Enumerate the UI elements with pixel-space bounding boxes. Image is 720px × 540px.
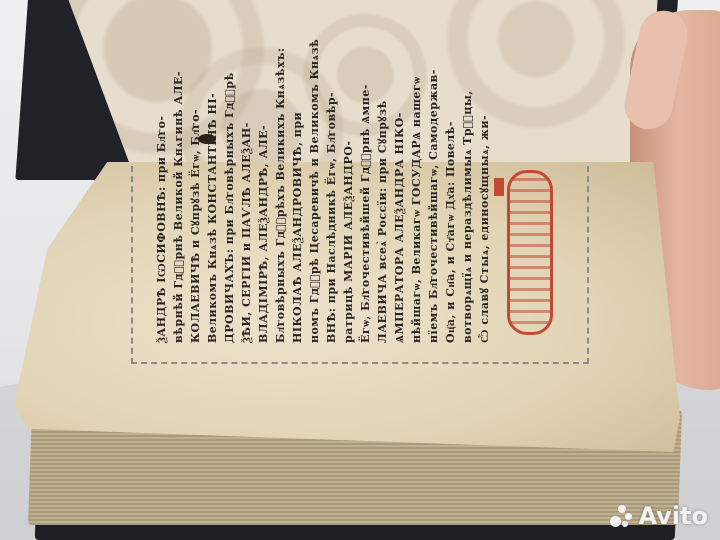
text-line: Великомъ Кнѧзѣ КОНСТАНТІНѢ НІ- [207, 178, 218, 343]
text-line: ЛАЕВИЧА всеѧ̀ Россїи: при Сꙋпрꙋзѣ [377, 178, 388, 343]
text-line: ВНѢ: при Наслѣдникѣ Ёгѡ, Бл҃говѣр- [326, 178, 337, 343]
text-line: Ѽ славꙋ Стыѧ, единосꙋщныѧ, жи- [479, 178, 490, 343]
avito-brand-text: Avito [638, 502, 708, 530]
avito-watermark: Avito [608, 502, 708, 530]
text-line: ѮАНДРѢ ІѠСИФОВНѢ: при Бл҃го- [156, 178, 167, 343]
text-line: Бл҃говѣрныхъ Гдⷭ҇рѣхъ Великихъ Кнѧзѣхъ: [275, 178, 286, 343]
text-line: ѮѢИ, СЕРГІИ и ПАѴЛѢ АЛЕѮАН- [241, 178, 252, 343]
text-line: ѦМПЕРАТОРА АЛЕѮАНДРА НІКО- [394, 178, 405, 343]
text-line: КОЛАЕВИЧѢ и Сꙋпрꙋзѣ Ёгѡ, Бл҃го- [190, 178, 201, 343]
red-initial-letter [494, 178, 504, 196]
text-line: вѣрнѣй Гдⷭ҇рнѣ Великой Кнѧгинѣ АЛЕ- [173, 178, 184, 343]
red-ornamental-headpiece [507, 170, 553, 335]
text-line: ВЛАДІМІРѢ, АЛЕѮАНДРѢ, АЛЕ- [258, 178, 269, 343]
text-line: ДРОВИЧАХЪ: при Бл҃говѣрныхъ Гдⷭ҇рѣ [224, 178, 235, 343]
text-line: нѣйшагѡ, Великагѡ ГОСУДАРѦ нашегѡ [411, 178, 422, 343]
text-line: Оц҃а, и Сн҃а, и Ст҃агѡ Дх҃а: Повелѣ- [445, 178, 456, 343]
text-line: номъ Гдⷭ҇рѣ Цесаревичѣ и Великомъ Кнѧзѣ [309, 178, 320, 343]
text-line: Ёгѡ, Бл҃гочестивѣйшей Гдⷭ҇рнѣ Ѧмпе- [360, 178, 371, 343]
page-text: Ѽ славꙋ Стыѧ, единосꙋщныѧ, жи- вотворѧщї… [190, 178, 490, 343]
text-line: вотворѧщїѧ и нераздѣлимыѧ Трⷪ҇цы, [462, 178, 473, 343]
text-line: ратрицѣ МАРІИ АЛЕѮАНДРО- [343, 178, 354, 343]
avito-dots-icon [608, 504, 634, 528]
text-line: НІКОЛАѢ АЛЕѮАНДРОВИЧѢ, при [292, 178, 303, 343]
text-line: нїемъ Бл҃гочестивѣйшагѡ, Самодержав- [428, 178, 439, 343]
